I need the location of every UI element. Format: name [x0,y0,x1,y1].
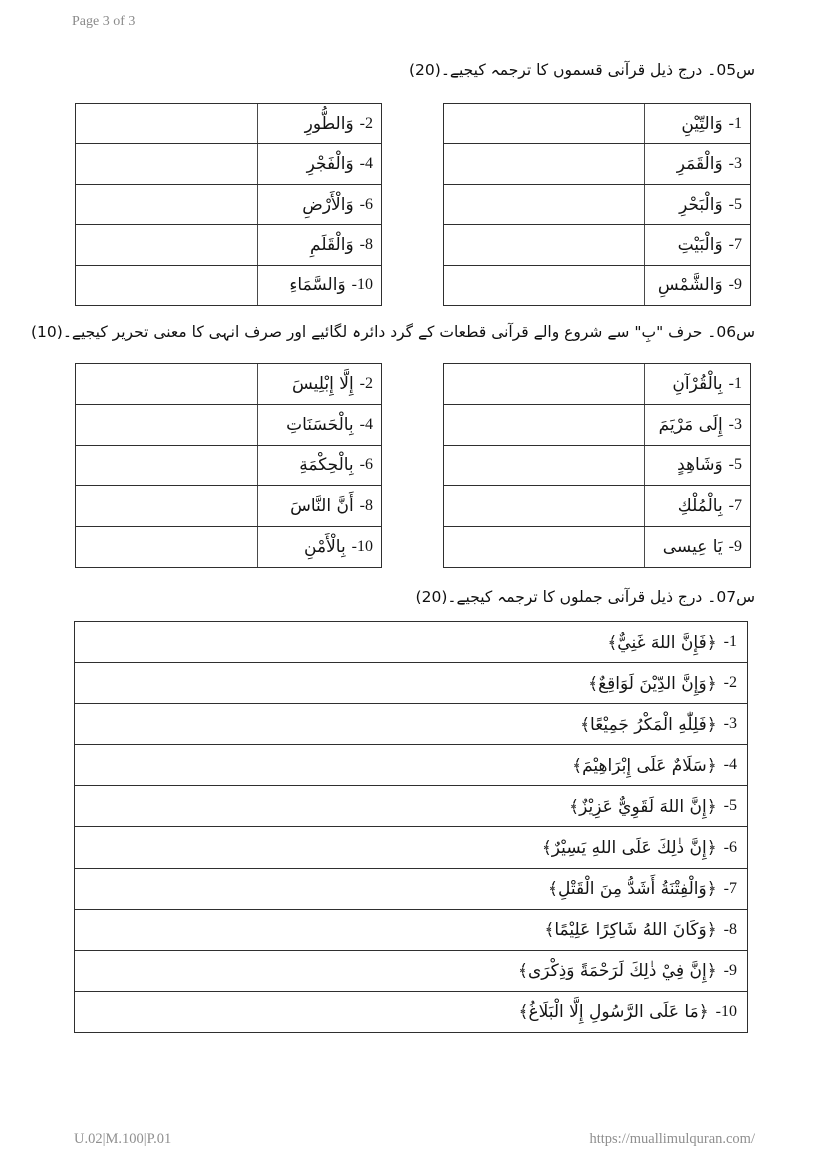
item-label: 2-وَالطُّورِ [257,104,381,143]
item-label: 8-وَالْقَلَمِ [257,225,381,264]
item-number: 10- [716,1003,737,1021]
item-label: 4-وَالْفَجْرِ [257,144,381,183]
item-number: 10- [352,276,373,294]
item-text: ﴿وَإِنَّ الدِّيْنَ لَوَاقِعٌ﴾ [588,673,717,694]
table-row: 9-﴿إِنَّ فِيْ ذٰلِكَ لَرَحْمَةً وَذِكْرَ… [75,950,747,991]
table-row: 4-﴿سَلَامٌ عَلَى إِبْرَاهِيْمَ﴾ [75,744,747,785]
table-row: 3-إِلَى مَرْيَمَ [444,404,750,445]
item-text: ﴿وَالْفِتْنَةُ أَشَدُّ مِنَ الْقَتْلِ﴾ [548,878,717,899]
item-label: 6-بِالْحِكْمَةِ [257,446,381,486]
sentence-cell: 7-﴿وَالْفِتْنَةُ أَشَدُّ مِنَ الْقَتْلِ﴾ [75,878,747,899]
item-number: 5- [724,797,737,815]
item-text: بِالْمُلْكِ [678,496,723,516]
item-text: ﴿إِنَّ ذٰلِكَ عَلَى اللهِ يَسِيْرٌ﴾ [542,837,717,858]
answer-cell [444,104,644,143]
item-text: بِالْأَمْنِ [304,537,346,557]
item-text: أَنَّ النَّاسَ [290,496,354,516]
answer-cell [76,185,257,224]
answer-cell [444,527,644,567]
item-number: 10- [352,538,373,556]
item-number: 9- [724,962,737,980]
item-text: وَالْبَيْتِ [678,235,723,255]
item-label: 8-أَنَّ النَّاسَ [257,486,381,526]
item-text: ﴿سَلَامٌ عَلَى إِبْرَاهِيْمَ﴾ [572,755,717,776]
item-number: 2- [360,375,373,393]
answer-cell [76,144,257,183]
answer-cell [444,405,644,445]
item-number: 6- [724,839,737,857]
q07-sentences-table: 1-﴿فَإِنَّ اللهَ غَنِيٌّ﴾ 2-﴿وَإِنَّ الد… [74,621,748,1033]
item-label: 7-وَالْبَيْتِ [644,225,750,264]
item-text: ﴿إِنَّ فِيْ ذٰلِكَ لَرَحْمَةً وَذِكْرَى﴾ [518,960,717,981]
answer-cell [444,266,644,305]
answer-cell [76,266,257,305]
item-label: 1-وَالتِّيْنِ [644,104,750,143]
item-number: 8- [360,236,373,254]
table-row: 7-بِالْمُلْكِ [444,485,750,526]
item-label: 4-بِالْحَسَنَاتِ [257,405,381,445]
q05-even-items-table: 2-وَالطُّورِ 4-وَالْفَجْرِ 6-وَالْأَرْضِ… [75,103,382,306]
item-text: بِالْحِكْمَةِ [299,455,353,475]
q06-odd-items-table: 1-بِالْقُرْآنِ 3-إِلَى مَرْيَمَ 5-وَشَاه… [443,363,751,568]
question-05-heading: س05۔ درج ذیل قرآنی قسموں کا ترجمہ کیجیے۔… [409,50,755,90]
table-row: 8-وَالْقَلَمِ [76,224,381,264]
item-label: 5-وَشَاهِدٍ [644,446,750,486]
item-label: 7-بِالْمُلْكِ [644,486,750,526]
item-text: ﴿مَا عَلَى الرَّسُولِ إِلَّا الْبَلَاغُ﴾ [519,1001,709,1022]
item-text: بِالْحَسَنَاتِ [286,415,354,435]
answer-cell [76,104,257,143]
table-row: 3-﴿فَلِلّٰهِ الْمَكْرُ جَمِيْعًا﴾ [75,703,747,744]
item-text: وَالْبَحْرِ [679,195,723,215]
item-text: ﴿فَلِلّٰهِ الْمَكْرُ جَمِيْعًا﴾ [580,714,717,735]
page-number: Page 3 of 3 [72,14,135,30]
item-number: 9- [729,276,742,294]
table-row: 8-أَنَّ النَّاسَ [76,485,381,526]
item-number: 8- [360,497,373,515]
sentence-cell: 6-﴿إِنَّ ذٰلِكَ عَلَى اللهِ يَسِيْرٌ﴾ [75,837,747,858]
answer-cell [444,185,644,224]
item-text: وَالطُّورِ [305,114,354,134]
item-text: وَشَاهِدٍ [677,455,723,475]
sentence-cell: 4-﴿سَلَامٌ عَلَى إِبْرَاهِيْمَ﴾ [75,755,747,776]
q05-odd-items-table: 1-وَالتِّيْنِ 3-وَالْقَمَرِ 5-وَالْبَحْر… [443,103,751,306]
item-label: 6-وَالْأَرْضِ [257,185,381,224]
table-row: 5-﴿إِنَّ اللهَ لَقَوِيٌّ عَزِيْزٌ﴾ [75,785,747,826]
item-text: بِالْقُرْآنِ [672,374,722,394]
item-text: وَالْفَجْرِ [307,154,354,174]
table-row: 9-يَا عِيسى [444,526,750,567]
table-row: 6-بِالْحِكْمَةِ [76,445,381,486]
table-row: 2-﴿وَإِنَّ الدِّيْنَ لَوَاقِعٌ﴾ [75,662,747,703]
table-row: 1-﴿فَإِنَّ اللهَ غَنِيٌّ﴾ [75,622,747,662]
answer-cell [444,225,644,264]
table-row: 2-وَالطُّورِ [76,104,381,143]
item-number: 1- [729,115,742,133]
table-row: 8-﴿وَكَانَ اللهُ شَاكِرًا عَلِيْمًا﴾ [75,909,747,950]
item-text: وَالتِّيْنِ [681,114,722,134]
item-number: 2- [360,115,373,133]
table-row: 6-﴿إِنَّ ذٰلِكَ عَلَى اللهِ يَسِيْرٌ﴾ [75,826,747,867]
item-text: وَالْقَمَرِ [677,154,723,174]
item-number: 3- [729,416,742,434]
item-number: 9- [729,538,742,556]
item-text: ﴿فَإِنَّ اللهَ غَنِيٌّ﴾ [607,632,716,653]
question-06-heading: س06۔ حرف "بِ" سے شروع والے قرآنی قطعات ک… [31,312,755,352]
item-number: 6- [360,456,373,474]
item-label: 10-وَالسَّمَاءِ [257,266,381,305]
table-row: 7-وَالْبَيْتِ [444,224,750,264]
table-row: 9-وَالشَّمْسِ [444,265,750,305]
answer-cell [444,364,644,404]
document-page: Page 3 of 3 س05۔ درج ذیل قرآنی قسموں کا … [0,0,827,1170]
item-number: 7- [724,880,737,898]
answer-cell [444,486,644,526]
item-number: 5- [729,196,742,214]
item-number: 8- [724,921,737,939]
item-text: وَالْقَلَمِ [310,235,354,255]
table-row: 10-بِالْأَمْنِ [76,526,381,567]
item-number: 5- [729,456,742,474]
item-text: وَالْأَرْضِ [302,195,353,215]
item-text: وَالشَّمْسِ [658,275,723,295]
item-text: يَا عِيسى [663,537,723,557]
item-label: 9-يَا عِيسى [644,527,750,567]
question-07-heading: س07۔ درج ذیل قرآنی جملوں کا ترجمہ کیجیے۔… [416,577,755,617]
item-text: ﴿وَكَانَ اللهُ شَاكِرًا عَلِيْمًا﴾ [544,919,716,940]
item-label: 5-وَالْبَحْرِ [644,185,750,224]
table-row: 4-وَالْفَجْرِ [76,143,381,183]
table-row: 5-وَالْبَحْرِ [444,184,750,224]
answer-cell [76,486,257,526]
item-text: إِلَّا إِبْلِيسَ [292,374,354,394]
item-number: 3- [724,715,737,733]
q06-even-items-table: 2-إِلَّا إِبْلِيسَ 4-بِالْحَسَنَاتِ 6-بِ… [75,363,382,568]
item-label: 10-بِالْأَمْنِ [257,527,381,567]
table-row: 1-بِالْقُرْآنِ [444,364,750,404]
item-number: 6- [360,196,373,214]
item-text: وَالسَّمَاءِ [289,275,345,295]
item-number: 4- [360,416,373,434]
item-number: 3- [729,155,742,173]
table-row: 7-﴿وَالْفِتْنَةُ أَشَدُّ مِنَ الْقَتْلِ﴾ [75,868,747,909]
item-number: 1- [724,633,737,651]
table-row: 10-وَالسَّمَاءِ [76,265,381,305]
table-row: 10-﴿مَا عَلَى الرَّسُولِ إِلَّا الْبَلَا… [75,991,747,1032]
item-number: 1- [729,375,742,393]
answer-cell [76,405,257,445]
sentence-cell: 10-﴿مَا عَلَى الرَّسُولِ إِلَّا الْبَلَا… [75,1001,747,1022]
item-text: إِلَى مَرْيَمَ [659,415,723,435]
item-number: 4- [360,155,373,173]
item-label: 3-وَالْقَمَرِ [644,144,750,183]
item-number: 7- [729,236,742,254]
answer-cell [76,527,257,567]
answer-cell [76,225,257,264]
footer-document-code: U.02|M.100|P.01 [74,1131,171,1148]
sentence-cell: 8-﴿وَكَانَ اللهُ شَاكِرًا عَلِيْمًا﴾ [75,919,747,940]
table-row: 5-وَشَاهِدٍ [444,445,750,486]
item-label: 1-بِالْقُرْآنِ [644,364,750,404]
footer-website-link[interactable]: https://muallimulquran.com/ [589,1131,755,1148]
table-row: 2-إِلَّا إِبْلِيسَ [76,364,381,404]
sentence-cell: 9-﴿إِنَّ فِيْ ذٰلِكَ لَرَحْمَةً وَذِكْرَ… [75,960,747,981]
item-number: 4- [724,756,737,774]
item-label: 3-إِلَى مَرْيَمَ [644,405,750,445]
sentence-cell: 1-﴿فَإِنَّ اللهَ غَنِيٌّ﴾ [75,632,747,653]
item-label: 2-إِلَّا إِبْلِيسَ [257,364,381,404]
sentence-cell: 3-﴿فَلِلّٰهِ الْمَكْرُ جَمِيْعًا﴾ [75,714,747,735]
table-row: 3-وَالْقَمَرِ [444,143,750,183]
item-number: 2- [724,674,737,692]
answer-cell [76,364,257,404]
item-text: ﴿إِنَّ اللهَ لَقَوِيٌّ عَزِيْزٌ﴾ [569,796,717,817]
table-row: 4-بِالْحَسَنَاتِ [76,404,381,445]
table-row: 1-وَالتِّيْنِ [444,104,750,143]
item-number: 7- [729,497,742,515]
sentence-cell: 5-﴿إِنَّ اللهَ لَقَوِيٌّ عَزِيْزٌ﴾ [75,796,747,817]
table-row: 6-وَالْأَرْضِ [76,184,381,224]
sentence-cell: 2-﴿وَإِنَّ الدِّيْنَ لَوَاقِعٌ﴾ [75,673,747,694]
item-label: 9-وَالشَّمْسِ [644,266,750,305]
answer-cell [76,446,257,486]
answer-cell [444,446,644,486]
answer-cell [444,144,644,183]
